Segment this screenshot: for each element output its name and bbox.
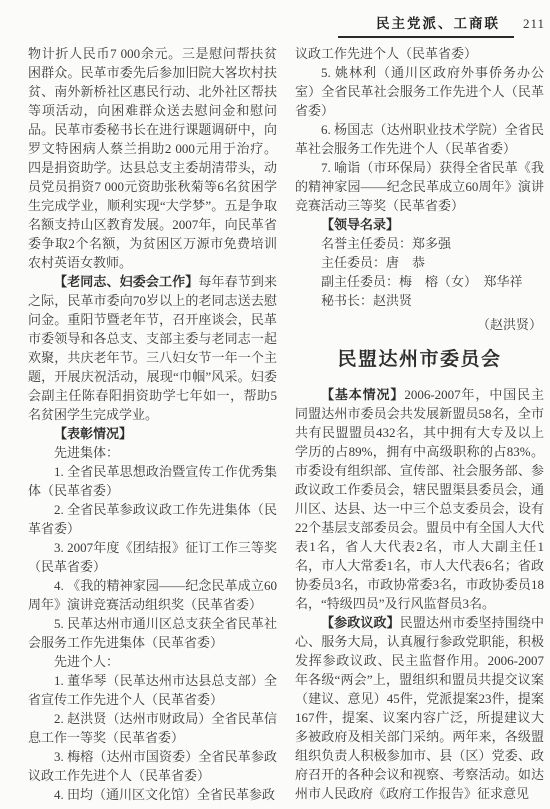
paragraph: 1. 全省民革思想政治暨宣传工作优秀集体（民革省委） — [28, 462, 277, 500]
paragraph: 【基本情况】2006-2007年，中国民主同盟达州市委员会共发展新盟员58名，全… — [295, 385, 544, 613]
section-label: 【基本情况】 — [321, 387, 404, 402]
section-label: 【参政议政】 — [321, 615, 400, 630]
leader-entry: 主任委员：唐 恭 — [295, 253, 544, 272]
text-columns: 物计折人民币7 000余元。三是慰问帮扶贫困群众。民革市委先后参加旧院大峉坎村扶… — [28, 44, 544, 809]
paragraph: 1. 董华琴（民革达州市达县总支部）全省宣传工作先进个人（民革省委） — [28, 671, 277, 709]
section-heading: 民盟达州市委员会 — [295, 347, 544, 373]
document-page: 民主党派、工商联 211 物计折人民币7 000余元。三是慰问帮扶贫困群众。民革… — [0, 0, 550, 809]
paragraph: 2. 赵洪贤（达州市财政局）全省民革信息工作一等奖（民革省委） — [28, 709, 277, 747]
leader-entry: 秘书长：赵洪贤 — [295, 291, 544, 310]
page-header: 民主党派、工商联 211 — [0, 12, 550, 38]
paragraph: 4. 《我的精神家园——纪念民革成立60周年》演讲竞赛活动组织奖（民革省委） — [28, 576, 277, 614]
paragraph: 7. 喻诣（市环保局）获得全省民革《我的精神家园——纪念民革成立60周年》演讲竞… — [295, 158, 544, 215]
section-label: 【领导名录】 — [321, 217, 399, 232]
leader-entry: 名誉主任委员：郑多强 — [295, 234, 544, 253]
signature: （赵洪贤） — [295, 315, 544, 334]
paragraph-continuation: 物计折人民币7 000余元。三是慰问帮扶贫困群众。民革市委先后参加旧院大峉坎村扶… — [28, 44, 277, 272]
paragraph: 先进集体： — [28, 443, 277, 462]
paragraph: 3. 2007年度《团结报》征订工作三等奖（民革省委） — [28, 538, 277, 576]
leader-entry: 副主任委员：梅 榕（女） 郑华祥 — [295, 272, 544, 291]
paragraph: 6. 杨国志（达州职业技术学院）全省民革社会服务工作先进个人（民革省委） — [295, 120, 544, 158]
paragraph: 5. 姚林利（通川区政府外事侨务办公室）全省民革社会服务工作先进个人（民革省委） — [295, 63, 544, 120]
right-column: 议政工作先进个人（民革省委）5. 姚林利（通川区政府外事侨务办公室）全省民革社会… — [295, 44, 544, 809]
paragraph: 3. 梅榕（达州市国资委）全省民革参政议政工作先进个人（民革省委） — [28, 747, 277, 785]
paragraph-continuation: 议政工作先进个人（民革省委） — [295, 44, 544, 63]
paragraph: 5. 民革达州市通川区总支获全省民革社会服务工作先进集体（民革省委） — [28, 614, 277, 652]
paragraph: 【领导名录】 — [295, 215, 544, 234]
paragraph: 【参政议政】民盟达州市委坚持围绕中心、服务大局，认真履行参政党职能，积极发挥参政… — [295, 613, 544, 803]
left-column: 物计折人民币7 000余元。三是慰问帮扶贫困群众。民革市委先后参加旧院大峉坎村扶… — [28, 44, 277, 809]
paragraph: 4. 田均（通川区文化馆）全省民革参政 — [28, 785, 277, 804]
paragraph: 先进个人： — [28, 652, 277, 671]
page-number: 211 — [523, 16, 545, 32]
running-head-title: 民主党派、工商联 — [338, 12, 514, 38]
paragraph: 【表彰情况】 — [28, 424, 277, 443]
section-label: 【表彰情况】 — [54, 426, 132, 441]
paragraph: 【老同志、妇委会工作】每年春节到来之际，民革市委向70岁以上的老同志送去慰问金。… — [28, 272, 277, 424]
section-label: 【老同志、妇委会工作】 — [54, 274, 198, 289]
paragraph: 2. 全省民革参政议政工作先进集体（民革省委） — [28, 500, 277, 538]
